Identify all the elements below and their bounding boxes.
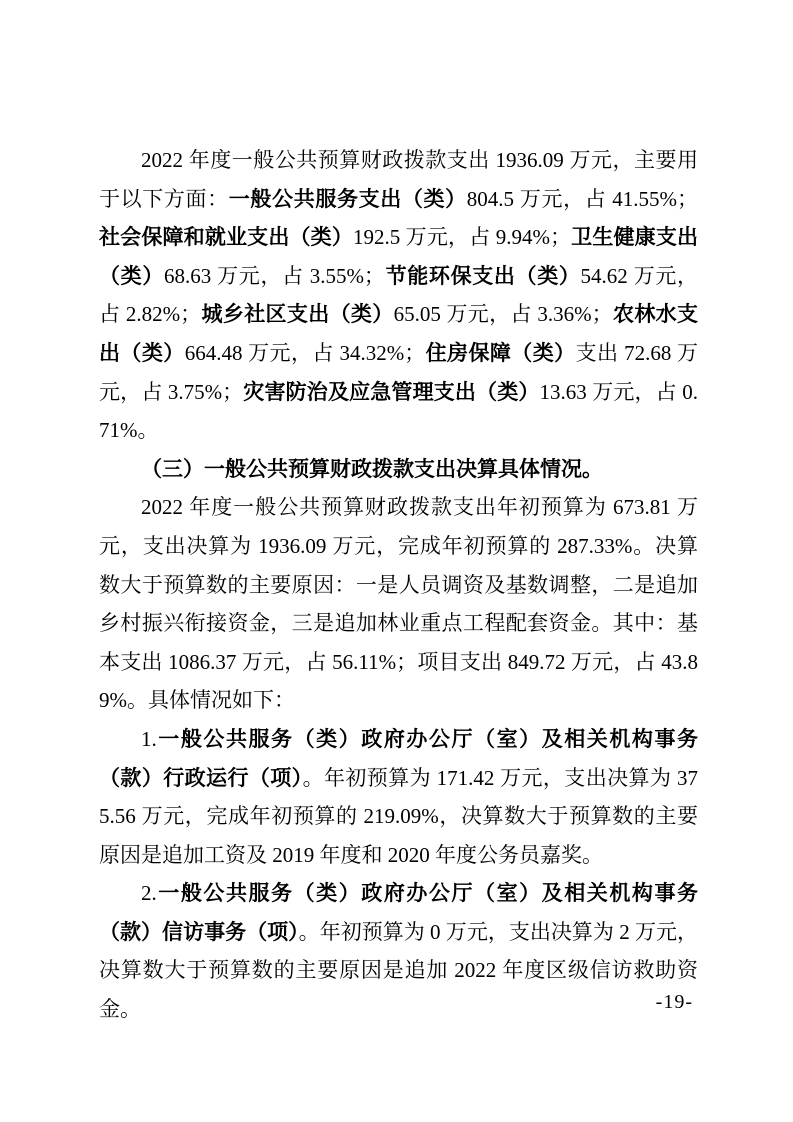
- heading-section-three: （三）一般公共预算财政拨款支出决算具体情况。: [99, 450, 698, 489]
- text-run: 1.: [141, 727, 157, 751]
- para-item-2-petition-affairs: 2.一般公共服务（类）政府办公厅（室）及相关机构事务（款）信访事务（项）。年初预…: [99, 874, 698, 1028]
- bold-text-run: 城乡社区支出（类）: [201, 302, 393, 326]
- document-page: 2022 年度一般公共预算财政拨款支出 1936.09 万元，主要用于以下方面：…: [0, 0, 793, 1122]
- text-run: 804.5 万元，占 41.55%；: [467, 187, 698, 211]
- bold-text-run: 住房保障（类）: [425, 341, 575, 365]
- bold-text-run: 社会保障和就业支出（类）: [99, 225, 353, 249]
- bold-text-run: 一般公共服务支出（类）: [229, 187, 467, 211]
- page-number: -19-: [656, 990, 693, 1014]
- para-item-1-administrative-operation: 1.一般公共服务（类）政府办公厅（室）及相关机构事务（款）行政运行（项）。年初预…: [99, 720, 698, 874]
- text-run: 2.: [141, 881, 157, 905]
- bold-text-run: 灾害防治及应急管理支出（类）: [243, 380, 539, 404]
- text-run: 68.63 万元，占 3.55%；: [164, 264, 385, 288]
- bold-text-run: 节能环保支出（类）: [385, 264, 581, 288]
- text-run: 192.5 万元，占 9.94%；: [353, 225, 571, 249]
- document-body: 2022 年度一般公共预算财政拨款支出 1936.09 万元，主要用于以下方面：…: [99, 141, 698, 1029]
- text-run: 65.05 万元，占 3.36%；: [394, 302, 613, 326]
- text-run: 664.48 万元，占 34.32%；: [185, 341, 426, 365]
- para-budget-vs-final: 2022 年度一般公共预算财政拨款支出年初预算为 673.81 万元，支出决算为…: [99, 488, 698, 720]
- para-expenditure-breakdown: 2022 年度一般公共预算财政拨款支出 1936.09 万元，主要用于以下方面：…: [99, 141, 698, 450]
- bold-text-run: （三）一般公共预算财政拨款支出决算具体情况。: [141, 457, 603, 481]
- text-run: 2022 年度一般公共预算财政拨款支出年初预算为 673.81 万元，支出决算为…: [99, 495, 698, 712]
